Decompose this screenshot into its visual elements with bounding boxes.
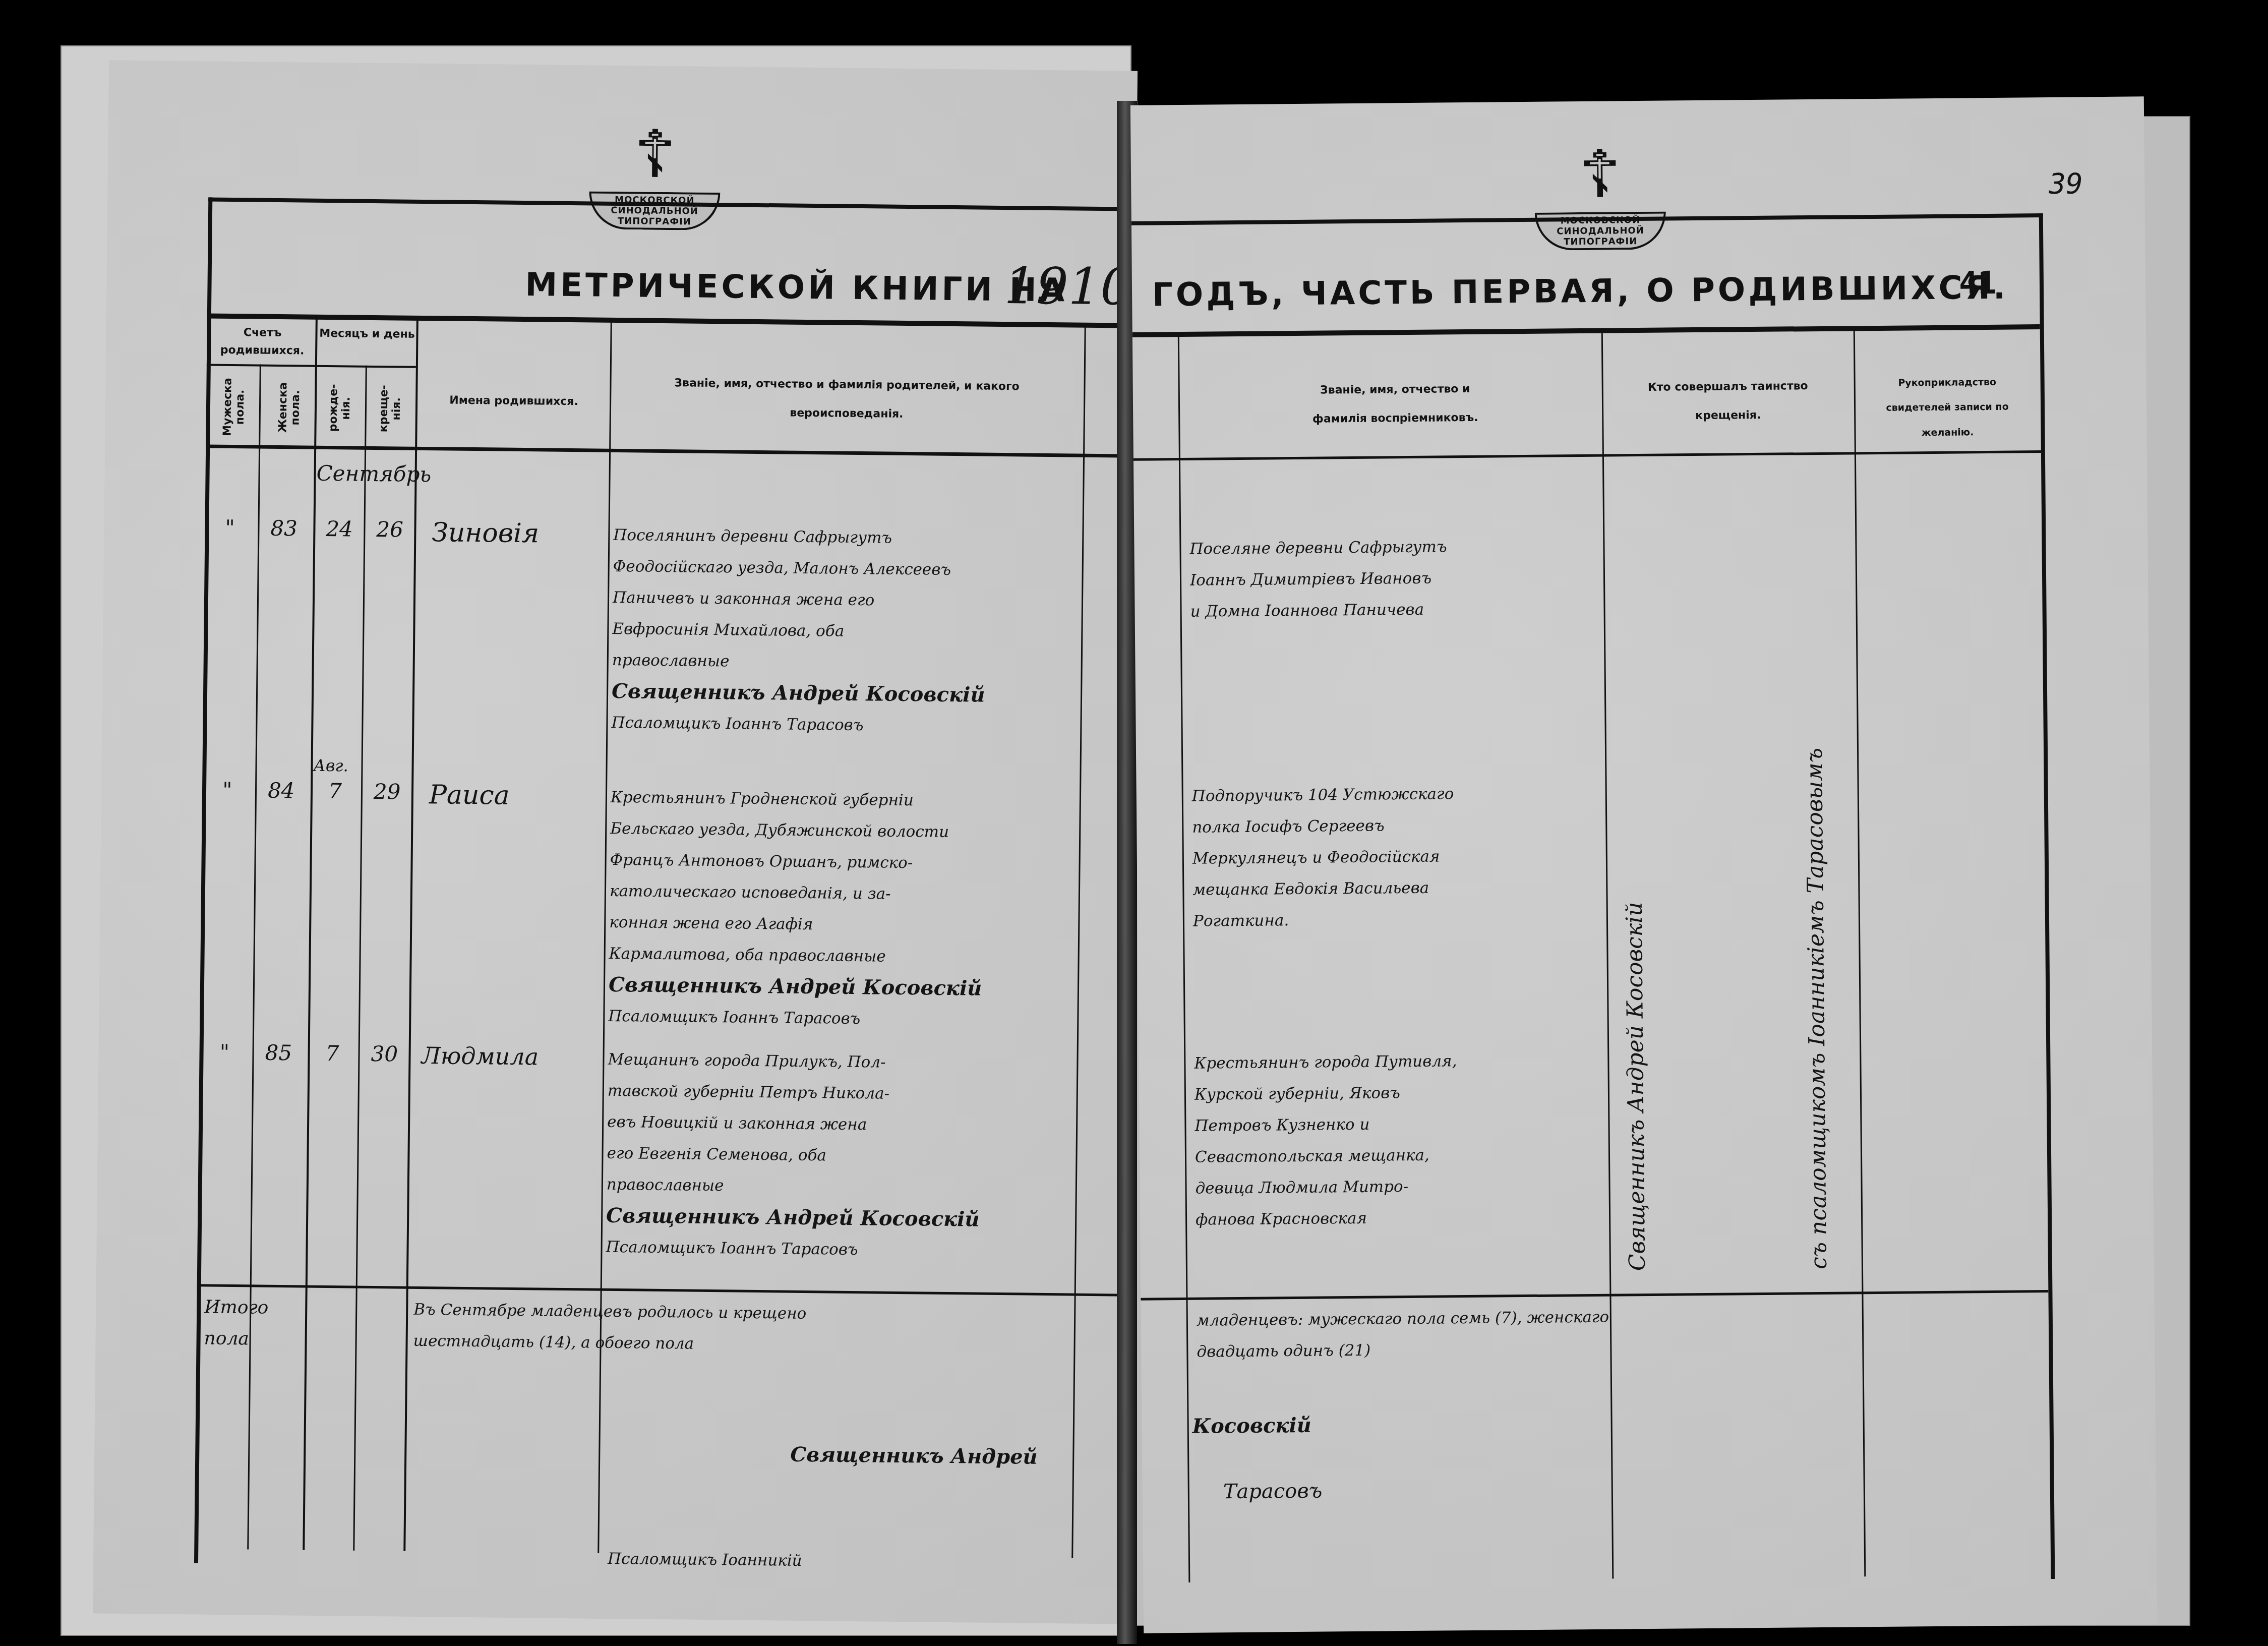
summary-text-right: младенцевъ: мужескаго пола семь (7), жен… [1197, 1298, 2044, 1368]
entry-2-child-name: Раиса [429, 780, 510, 811]
entry-2-male: " [222, 778, 232, 802]
entry-2-birth-day: 7 [328, 779, 342, 803]
entry-1-male: " [225, 515, 235, 540]
entry-2-parents: Крестьянинъ Гродненской губерніи Бельска… [608, 782, 1075, 1037]
entry-3-birth-day: 7 [325, 1041, 339, 1066]
summary-psalmist-signature-left: Псаломщикъ Іоанникій [608, 1543, 802, 1576]
entry-1-month-note: Сентябрь [316, 461, 431, 487]
entry-2-godparents: Подпоручикъ 104 Устюжскаго полка Іосифъ … [1192, 777, 1597, 937]
entry-1-baptism-day: 26 [376, 517, 403, 542]
entry-3-child-name: Людмила [421, 1042, 539, 1070]
page-title-right: ГОДЪ, ЧАСТЬ ПЕРВАЯ, О РОДИВШИХСЯ. [1152, 269, 2009, 314]
year-handwritten: 1910 [1004, 256, 1133, 317]
left-page: ☦ МОСКОВСКОЙ СИНОДАЛЬНОЙ ТИПОГРАФІИ МЕТР… [93, 60, 1138, 1624]
header-month-group: Месяцъ и день [318, 325, 416, 343]
entry-3-priest-signature: Священникъ Андрей Косовскій [606, 1200, 1070, 1237]
entry-2-priest-signature: Священникъ Андрей Косовскій [609, 969, 1073, 1006]
header-count-group: Счетъ родившихся. [209, 324, 316, 361]
header-witness-signatures: Рукоприкладство свидетелей записи по жел… [1864, 370, 2031, 446]
header-parents: Званіе, имя, отчество и фамилія родителе… [620, 368, 1074, 431]
page-number-stamped: 41 [1959, 264, 1997, 302]
page-number-pencil: 39 [2049, 167, 2083, 201]
header-names: Имена родившихся. [418, 391, 610, 411]
entry-1-psalmist-signature: Псаломщикъ Іоаннъ Тарасовъ [611, 707, 1076, 743]
entry-2-psalmist-signature: Псаломщикъ Іоаннъ Тарасовъ [608, 1001, 1072, 1037]
summary-text-left: Въ Сентябре младенцевъ родилось и крещен… [413, 1294, 1069, 1364]
entry-1-godparents: Поселяне деревни Сафрыгутъ Іоаннъ Димитр… [1189, 530, 1594, 627]
entry-3-male: " [219, 1040, 229, 1065]
entry-3-godparents: Крестьянинъ города Путивля, Курской губе… [1194, 1044, 1599, 1236]
header-performed-by: Кто совершалъ таинство крещенія. [1617, 372, 1839, 431]
double-headed-eagle-icon: ☦ [589, 115, 722, 193]
entry-1-priest-signature: Священникъ Андрей Косовскій [612, 676, 1076, 712]
entry-3-psalmist-signature: Псаломщикъ Іоаннъ Тарасовъ [606, 1231, 1070, 1268]
entry-2-female: 84 [268, 778, 295, 803]
entry-2-month-note: Авг. [313, 756, 348, 776]
entry-1-child-name: Зиновія [432, 517, 539, 549]
header-male: Мужеска пола. [221, 374, 247, 440]
header-baptism: креще-нія. [377, 376, 403, 442]
header-female: Женска пола. [276, 375, 302, 441]
header-godparents: Званіе, имя, отчество и фамилія воспріем… [1294, 375, 1497, 434]
summary-label: Итого пола [204, 1292, 268, 1355]
page-title-left: МЕТРИЧЕСКОЙ КНИГИ НА [525, 266, 1067, 309]
entry-3-female: 85 [265, 1040, 292, 1066]
entry-1-female: 83 [270, 516, 297, 541]
summary-priest-signature-left: Священникъ Андрей [790, 1439, 1038, 1473]
summary-psalmist-signature-right: Тарасовъ [1223, 1476, 1323, 1508]
entry-3-baptism-day: 30 [371, 1041, 398, 1067]
right-page: ☦ МОСКОВСКОЙ СИНОДАЛЬНОЙ ТИПОГРАФІИ ГОДЪ… [1130, 96, 2157, 1633]
entry-3-parents: Мещанинъ города Прилукъ, Пол- тавской гу… [606, 1044, 1071, 1268]
entry-1-parents: Поселянинъ деревни Сафрыгутъ Феодосійска… [611, 519, 1077, 743]
entry-2-baptism-day: 29 [374, 779, 401, 804]
double-headed-eagle-icon: ☦ [1534, 136, 1665, 213]
summary-priest-signature-right: Косовскій [1192, 1410, 1311, 1442]
entry-1-birth-day: 24 [326, 516, 353, 542]
header-birth: рожде-нія. [327, 375, 352, 441]
